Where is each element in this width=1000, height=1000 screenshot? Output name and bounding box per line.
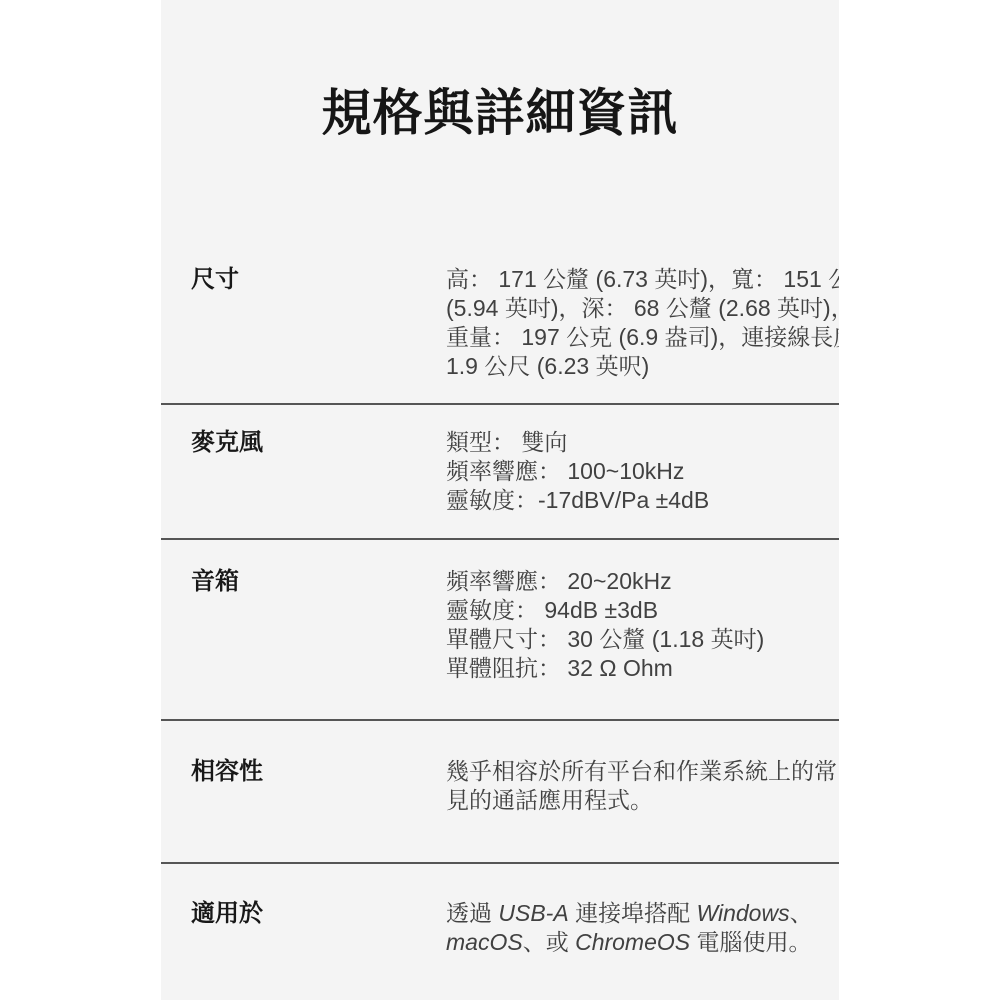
spec-label-dimensions: 尺寸	[191, 265, 446, 294]
spec-value-microphone: 類型： 雙向 頻率響應： 100~10kHz 靈敏度：-17dBV/Pa ±4d…	[446, 428, 839, 515]
spec-row-microphone: 麥克風 類型： 雙向 頻率響應： 100~10kHz 靈敏度：-17dBV/Pa…	[161, 405, 839, 540]
spec-label-works-with: 適用於	[191, 899, 446, 928]
spec-row-works-with: 適用於 透過 USB-A 連接埠搭配 Windows、 macOS、或 Chro…	[161, 864, 839, 997]
spec-value-dimensions: 高： 171 公釐 (6.73 英吋)，寬： 151 公釐 (5.94 英吋)，…	[446, 265, 839, 381]
page-title: 規格與詳細資訊	[161, 84, 839, 142]
spec-row-compatibility: 相容性 幾乎相容於所有平台和作業系統上的常 見的通話應用程式。	[161, 721, 839, 864]
spec-label-compatibility: 相容性	[191, 757, 446, 786]
spec-panel: 規格與詳細資訊 尺寸 高： 171 公釐 (6.73 英吋)，寬： 151 公釐…	[161, 0, 839, 1000]
spec-row-speaker: 音箱 頻率響應： 20~20kHz 靈敏度： 94dB ±3dB 單體尺寸： 3…	[161, 540, 839, 721]
spec-value-works-with: 透過 USB-A 連接埠搭配 Windows、 macOS、或 ChromeOS…	[446, 899, 839, 957]
spec-label-speaker: 音箱	[191, 567, 446, 596]
spec-row-dimensions: 尺寸 高： 171 公釐 (6.73 英吋)，寬： 151 公釐 (5.94 英…	[161, 265, 839, 405]
spec-value-speaker: 頻率響應： 20~20kHz 靈敏度： 94dB ±3dB 單體尺寸： 30 公…	[446, 567, 839, 683]
spec-table: 尺寸 高： 171 公釐 (6.73 英吋)，寬： 151 公釐 (5.94 英…	[161, 265, 839, 997]
spec-value-compatibility: 幾乎相容於所有平台和作業系統上的常 見的通話應用程式。	[446, 757, 839, 815]
spec-label-microphone: 麥克風	[191, 428, 446, 457]
